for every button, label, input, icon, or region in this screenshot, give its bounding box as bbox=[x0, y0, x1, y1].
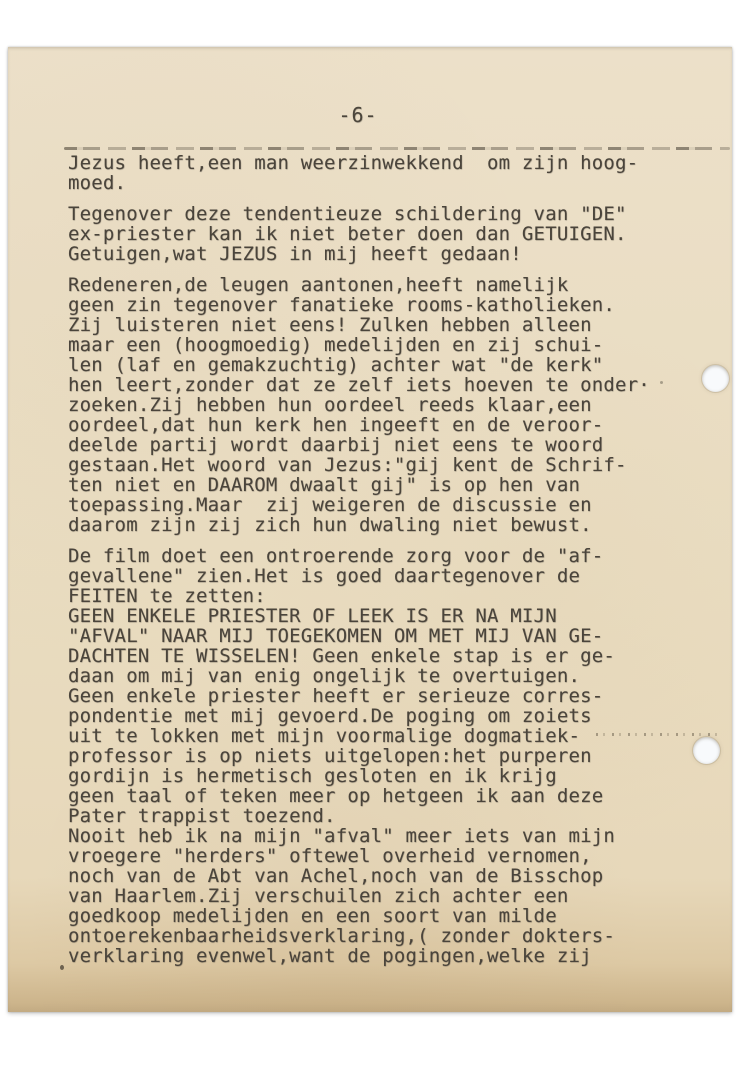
text-line: daan om mij van enig ongelijk te overtui… bbox=[68, 666, 718, 686]
document-text: Jezus heeft,een man weerzinwekkend om zi… bbox=[68, 153, 718, 977]
text-line: verklaring evenwel,want de pogingen,welk… bbox=[68, 946, 718, 966]
text-line: noch van de Abt van Achel,noch van de Bi… bbox=[68, 866, 718, 886]
ink-speck bbox=[660, 381, 663, 384]
scanned-document-page: -6- Jezus heeft,een man weerzinwekkend o… bbox=[0, 0, 738, 1068]
text-line: van Haarlem.Zij verschuilen zich achter … bbox=[68, 886, 718, 906]
text-line: professor is op niets uitgelopen:het pur… bbox=[68, 746, 718, 766]
text-line: Pater trappist toezend. bbox=[68, 806, 718, 826]
text-line: gordijn is hermetisch gesloten en ik kri… bbox=[68, 766, 718, 786]
text-line: pondentie met mij gevoerd.De poging om z… bbox=[68, 706, 718, 726]
text-line: toepassing.Maar zij weigeren de discussi… bbox=[68, 495, 718, 515]
text-line: maar een (hoogmoedig) medelijden en zij … bbox=[68, 335, 718, 355]
text-line: goedkoop medelijden en een soort van mil… bbox=[68, 906, 718, 926]
text-line: vroegere "herders" oftewel overheid vern… bbox=[68, 846, 718, 866]
text-line: gevallene" zien.Het is goed daartegenove… bbox=[68, 566, 718, 586]
text-line: "AFVAL" NAAR MIJ TOEGEKOMEN OM MET MIJ V… bbox=[68, 626, 718, 646]
text-line: GEEN ENKELE PRIESTER OF LEEK IS ER NA MI… bbox=[68, 606, 718, 626]
text-line: Jezus heeft,een man weerzinwekkend om zi… bbox=[68, 153, 718, 173]
text-line: daarom zijn zij zich hun dwaling niet be… bbox=[68, 515, 718, 535]
text-line: Geen enkele priester heeft er serieuze c… bbox=[68, 686, 718, 706]
text-line: De film doet een ontroerende zorg voor d… bbox=[68, 546, 718, 566]
text-line: ontoerekenbaarheidsverklaring,( zonder d… bbox=[68, 926, 718, 946]
text-line: FEITEN te zetten: bbox=[68, 586, 718, 606]
text-line: moed. bbox=[68, 173, 718, 193]
paper-sheet: -6- Jezus heeft,een man weerzinwekkend o… bbox=[8, 47, 732, 1012]
text-line: DACHTEN TE WISSELEN! Geen enkele stap is… bbox=[68, 646, 718, 666]
page-number: -6- bbox=[0, 103, 720, 127]
crease-line bbox=[64, 147, 730, 150]
text-line: Tegenover deze tendentieuze schildering … bbox=[68, 204, 718, 224]
text-line: Zij luisteren niet eens! Zulken hebben a… bbox=[68, 315, 718, 335]
paragraph-tegenover: Tegenover deze tendentieuze schildering … bbox=[68, 204, 718, 264]
text-line: ten niet en DAAROM dwaalt gij" is op hen… bbox=[68, 475, 718, 495]
paragraph-jezus-heeft: Jezus heeft,een man weerzinwekkend om zi… bbox=[68, 153, 718, 193]
ink-speck bbox=[60, 965, 64, 970]
text-line: Nooit heb ik na mijn "afval" meer iets v… bbox=[68, 826, 718, 846]
text-line: zoeken.Zij hebben hun oordeel reeds klaa… bbox=[68, 395, 718, 415]
text-line: geen taal of teken meer op hetgeen ik aa… bbox=[68, 786, 718, 806]
hole-punch-top bbox=[702, 365, 729, 392]
paragraph-de-film: De film doet een ontroerende zorg voor d… bbox=[68, 546, 718, 966]
text-line: Getuigen,wat JEZUS in mij heeft gedaan! bbox=[68, 244, 718, 264]
text-line: uit te lokken met mijn voormalige dogmat… bbox=[68, 726, 718, 746]
hole-punch-bottom bbox=[693, 737, 720, 764]
text-line: ex-priester kan ik niet beter doen dan G… bbox=[68, 224, 718, 244]
text-line: Redeneren,de leugen aantonen,heeft namel… bbox=[68, 275, 718, 295]
text-line: geen zin tegenover fanatieke rooms-katho… bbox=[68, 295, 718, 315]
ink-dots-artifact bbox=[596, 733, 722, 736]
text-line: gestaan.Het woord van Jezus:"gij kent de… bbox=[68, 455, 718, 475]
paragraph-redeneren: Redeneren,de leugen aantonen,heeft namel… bbox=[68, 275, 718, 535]
text-line: hen leert,zonder dat ze zelf iets hoeven… bbox=[68, 375, 718, 395]
text-line: oordeel,dat hun kerk hen ingeeft en de v… bbox=[68, 415, 718, 435]
text-line: len (laf en gemakzuchtig) achter wat "de… bbox=[68, 355, 718, 375]
text-line: deelde partij wordt daarbij niet eens te… bbox=[68, 435, 718, 455]
